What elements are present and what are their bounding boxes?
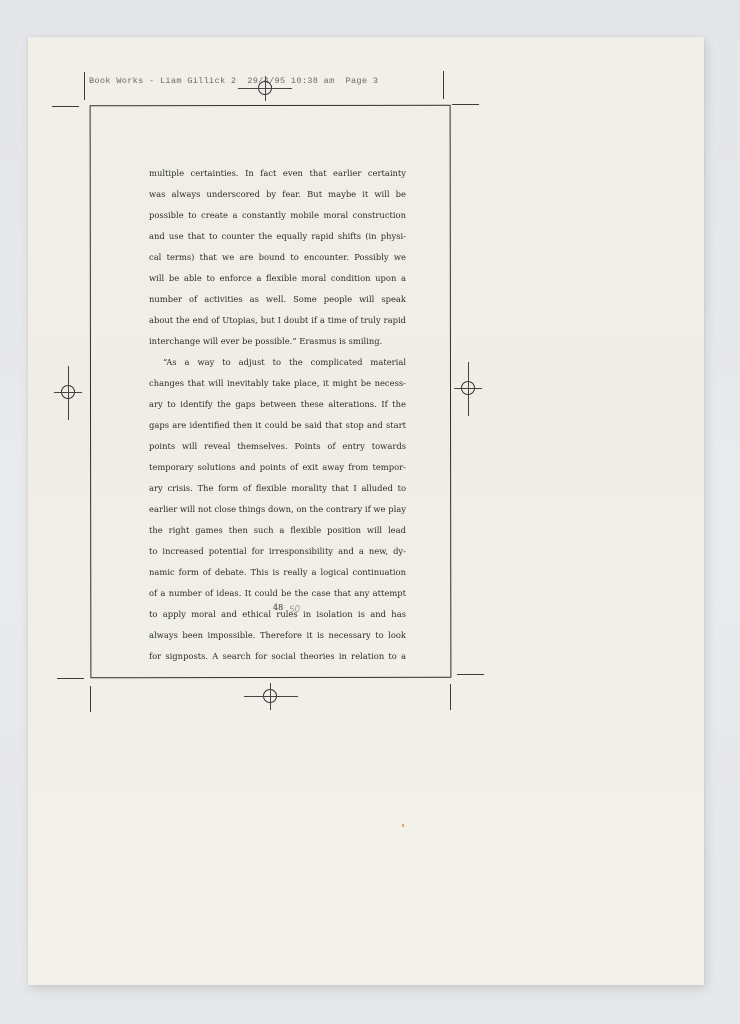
text-line: ary crisis. The form of flexible moralit… <box>149 478 406 499</box>
text-line: number of activities as well. Some peopl… <box>149 289 406 310</box>
crop-mark-bottom-left-horizontal <box>57 678 84 679</box>
text-line: will be able to enforce a flexible moral… <box>149 268 406 289</box>
text-line: multiple certainties. In fact even that … <box>149 163 406 184</box>
crop-mark-top-left-vertical <box>84 72 85 100</box>
text-line: of a number of ideas. It could be the ca… <box>149 583 406 604</box>
text-line: possible to create a constantly mobile m… <box>149 205 406 226</box>
text-line: always been impossible. Therefore it is … <box>149 625 406 646</box>
text-line: the right games then such a flexible pos… <box>149 520 406 541</box>
crop-mark-top-right-horizontal <box>452 104 479 105</box>
page-number: 48 <box>273 603 283 612</box>
text-line: temporary solutions and points of exit a… <box>149 457 406 478</box>
text-line: points will reveal themselves. Points of… <box>149 436 406 457</box>
paper-speck <box>402 824 404 827</box>
text-line: and use that to counter the equally rapi… <box>149 226 406 247</box>
text-line: was always underscored by fear. But mayb… <box>149 184 406 205</box>
text-line: earlier will not close things down, on t… <box>149 499 406 520</box>
text-line: cal terms) that we are bound to encounte… <box>149 247 406 268</box>
text-line: ary to identify the gaps between these a… <box>149 394 406 415</box>
printer-header-slug: Book Works - Liam Gillick 2 29/4/95 10:3… <box>89 76 378 86</box>
body-text: multiple certainties. In fact even that … <box>149 163 406 667</box>
crop-mark-top-left-horizontal <box>52 106 79 107</box>
text-line: “As a way to adjust to the complicated m… <box>149 352 406 373</box>
text-line: changes that will inevitably take place,… <box>149 373 406 394</box>
handwritten-page-number: 50 <box>289 604 301 615</box>
text-line: gaps are identified then it could be sai… <box>149 415 406 436</box>
crop-mark-top-right-vertical <box>443 71 444 99</box>
text-line: for signposts. A search for social theor… <box>149 646 406 667</box>
text-line: about the end of Utopias, but I doubt if… <box>149 310 406 331</box>
text-line: to increased potential for irresponsibil… <box>149 541 406 562</box>
text-line: namic form of debate. This is really a l… <box>149 562 406 583</box>
text-line: interchange will ever be possible.” Eras… <box>149 331 406 352</box>
crop-mark-bottom-left-vertical <box>90 686 91 712</box>
crop-mark-bottom-right-vertical <box>450 684 451 710</box>
crop-mark-bottom-right-horizontal <box>457 674 484 675</box>
